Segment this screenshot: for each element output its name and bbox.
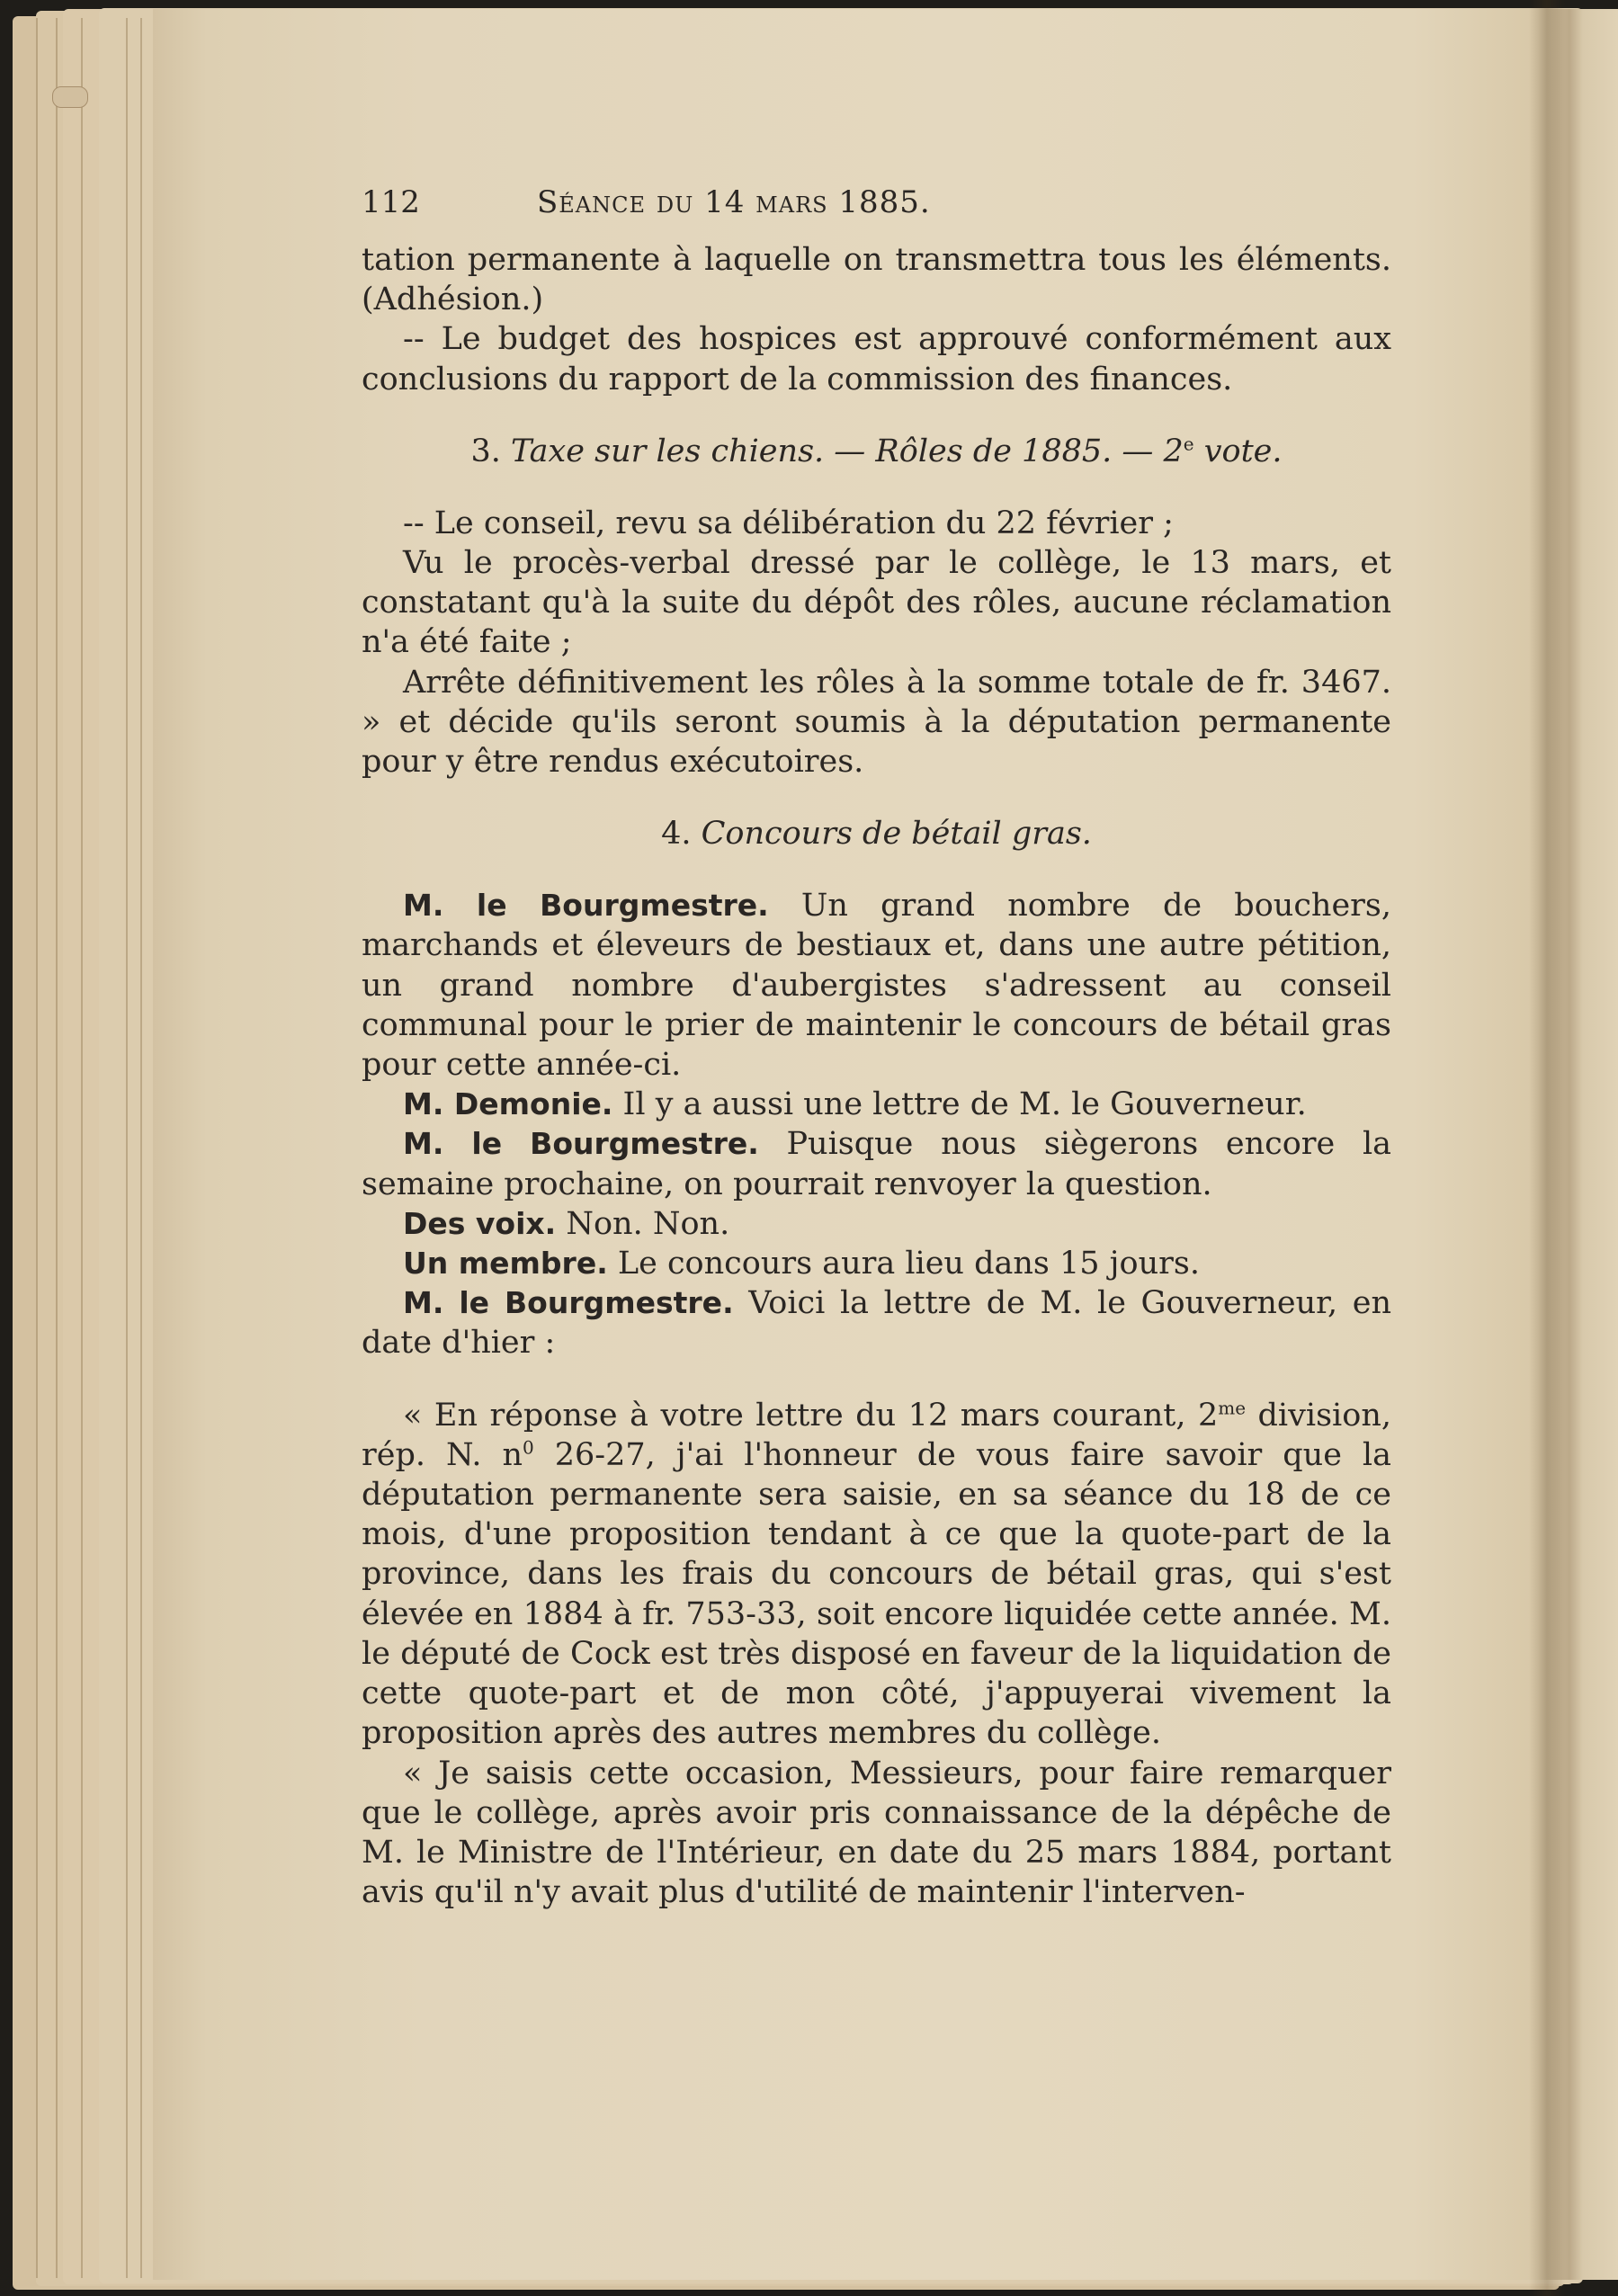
page-edge-line (126, 18, 128, 2278)
page-edge-line (81, 18, 83, 2278)
speaker: Un membre. (403, 1246, 608, 1281)
page-header: 112 Séance du 14 mars 1885. (362, 184, 1391, 240)
paragraph: tation permanente à laquelle on transmet… (362, 240, 1391, 319)
section-heading: 3. Taxe sur les chiens. — Rôles de 1885.… (362, 432, 1391, 471)
section-heading: 4. Concours de bétail gras. (362, 814, 1391, 853)
page-edge-line (56, 18, 58, 2278)
speaker: M. le Bourgmestre. (403, 888, 769, 923)
page-edge-line (36, 18, 38, 2278)
page-edge-line (140, 18, 142, 2278)
paragraph: -- Le budget des hospices est approuvé c… (362, 319, 1391, 398)
page-number: 112 (362, 184, 537, 220)
paragraph: Vu le procès-verbal dressé par le collèg… (362, 543, 1391, 663)
torn-page-tab (52, 86, 88, 108)
speech: Des voix. Non. Non. (362, 1204, 1391, 1244)
speech: M. Demonie. Il y a aussi une lettre de M… (362, 1085, 1391, 1124)
speech: M. le Bourgmestre. Voici la lettre de M.… (362, 1283, 1391, 1362)
gutter-shadow (1529, 0, 1565, 2296)
paragraph: -- Le conseil, revu sa délibération du 2… (362, 504, 1391, 543)
speech: M. le Bourgmestre. Puisque nous siègeron… (362, 1124, 1391, 1203)
speaker: M. Demonie. (403, 1086, 612, 1121)
paragraph: Arrête définitivement les rôles à la som… (362, 663, 1391, 782)
speaker: M. le Bourgmestre. (403, 1126, 759, 1161)
page-text: 112 Séance du 14 mars 1885. tation perma… (362, 184, 1391, 1912)
speech: Un membre. Le concours aura lieu dans 15… (362, 1244, 1391, 1283)
speech: M. le Bourgmestre. Un grand nombre de bo… (362, 886, 1391, 1085)
quoted-letter: « Je saisis cette occasion, Messieurs, p… (362, 1754, 1391, 1913)
quoted-letter: « En réponse à votre lettre du 12 mars c… (362, 1396, 1391, 1754)
running-head: Séance du 14 mars 1885. (537, 184, 931, 220)
speaker: Des voix. (403, 1206, 556, 1241)
speaker: M. le Bourgmestre. (403, 1285, 734, 1320)
